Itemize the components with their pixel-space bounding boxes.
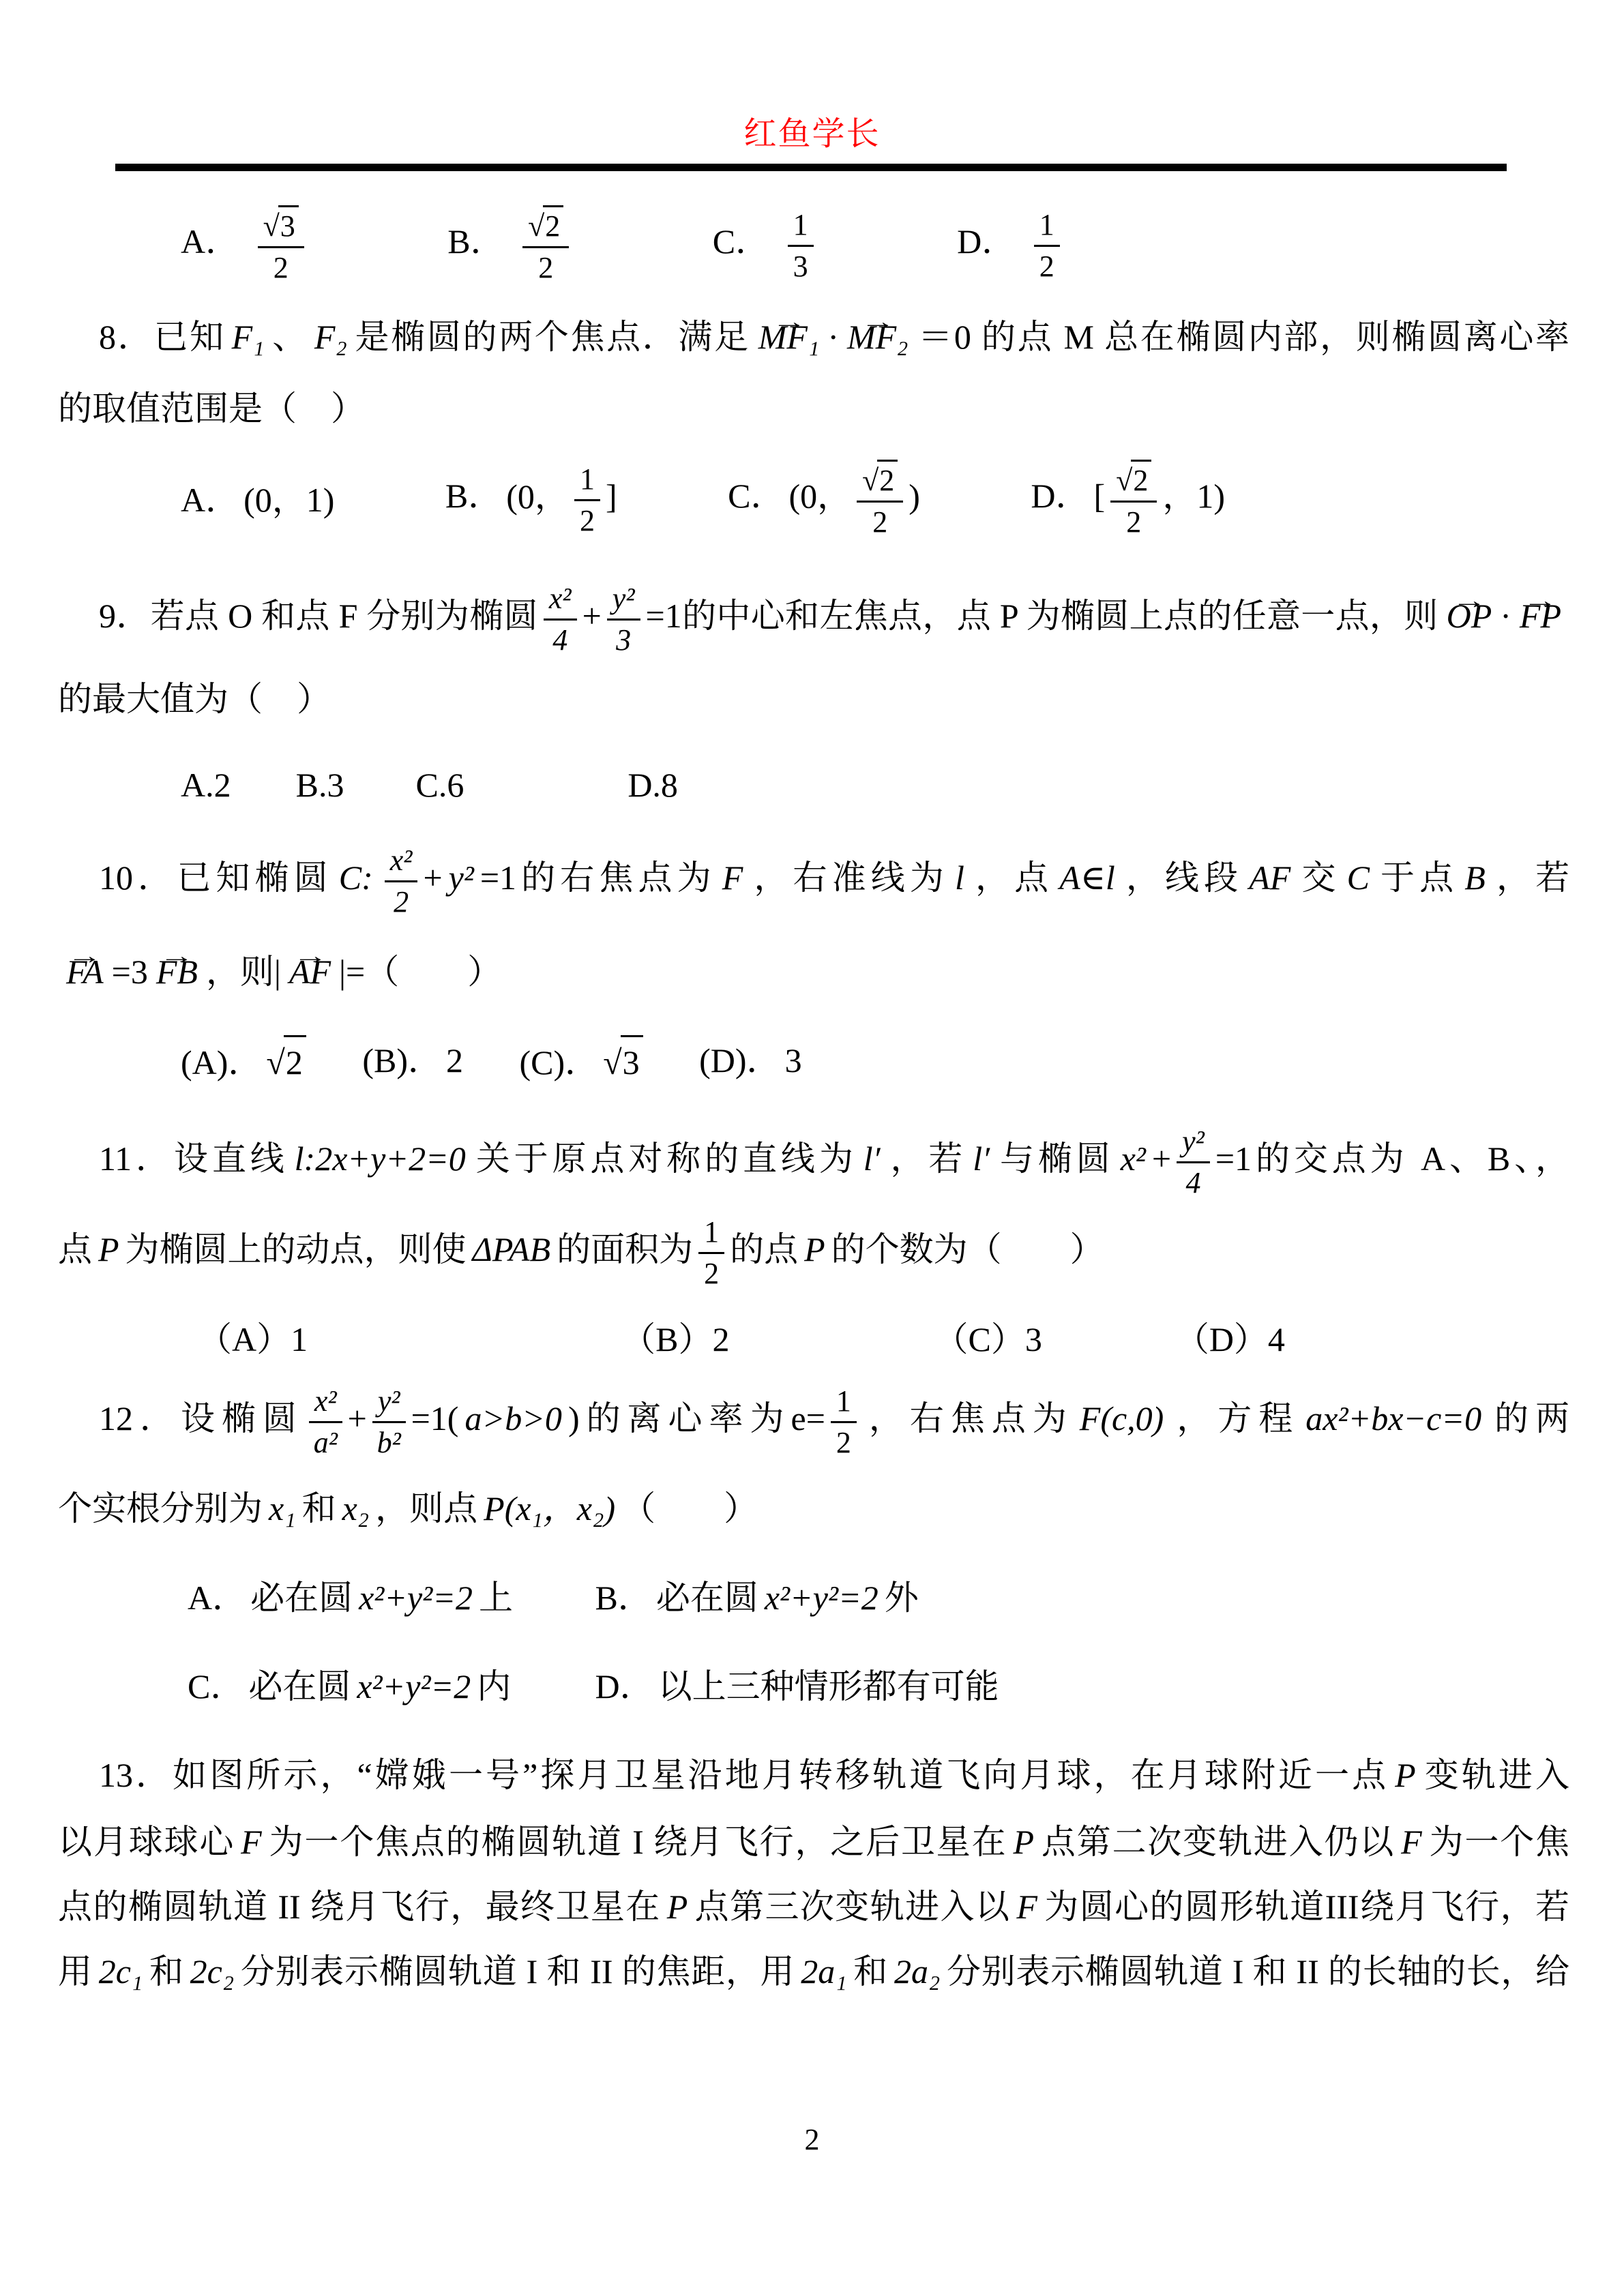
math-run: x²+y²=2 <box>357 1667 471 1705</box>
fraction-numerator: 1 <box>698 1214 724 1254</box>
option-d-label: D． <box>1031 477 1089 515</box>
math-run: x₂ <box>342 1489 370 1527</box>
vector-OP: OP <box>1447 592 1492 640</box>
text-run: 是椭圆的两个焦点．满足 <box>353 318 750 356</box>
text-run: 的点 <box>730 1230 798 1268</box>
math-run: P <box>1013 1823 1034 1861</box>
math-run: F₂ <box>314 318 347 356</box>
fraction-sqrt2-over-2: √22 <box>857 460 903 540</box>
math-run: x₁ <box>269 1489 296 1527</box>
text-run: 与椭圆 <box>996 1139 1114 1178</box>
question-12-line-1: 12．设椭圆x²a²+y²b²=1(a>b>0)的离心率为e=12，右焦点为F(… <box>58 1384 1569 1461</box>
text-run: 13．如图所示，“嫦娥一号”探月卫星沿地月转移轨道飞向月球，在月球附近一点 <box>99 1756 1389 1794</box>
text-run: 为一个焦点的椭圆轨道 I 绕月飞行，之后卫星在 <box>268 1823 1007 1861</box>
radicand: 2 <box>877 460 898 498</box>
fraction-x2-over-a2: x²a² <box>309 1384 342 1461</box>
option-c: （C）3 <box>934 1315 1042 1363</box>
fraction-denominator: b² <box>377 1423 401 1461</box>
text-run: 11．设直线 <box>99 1139 289 1178</box>
option-b-label: B． <box>445 477 502 515</box>
vector-AF: AF <box>289 948 331 996</box>
question-11: 11．设直线l:2x+y+2=0关于原点对称的直线为l′，若l′与椭圆x²+y²… <box>58 1124 1569 1364</box>
fraction-denominator: 3 <box>793 247 808 284</box>
text-run: 内 <box>477 1667 511 1705</box>
plus-operator: + <box>1152 1139 1171 1178</box>
text-run: ，点 <box>971 859 1053 897</box>
fraction-x2-over-2: x²2 <box>385 843 418 920</box>
vector-MF1: MF₁ <box>758 313 820 361</box>
text-run: 的面积为 <box>557 1230 693 1268</box>
text-run: 变轨进入 <box>1422 1756 1569 1794</box>
math-run: F <box>722 859 743 897</box>
header-rule <box>115 164 1507 171</box>
question-11-line-1: 11．设直线l:2x+y+2=0关于原点对称的直线为l′，若l′与椭圆x²+y²… <box>58 1124 1569 1201</box>
option-c-label: C． <box>728 477 784 515</box>
interval-close: ] <box>606 477 617 515</box>
text-run: 的离心率为 <box>580 1399 791 1437</box>
option-c: (C)．√3 <box>520 1035 643 1086</box>
option-b: B.3 <box>296 761 344 809</box>
text-run: 和 <box>149 1952 183 1991</box>
text-run: ，右焦点为 <box>862 1399 1074 1437</box>
close-paren: ) <box>568 1399 580 1437</box>
text-run: 12．设椭圆 <box>99 1399 304 1437</box>
vector-FB: FB <box>156 948 198 996</box>
text-run: ，若 <box>887 1139 967 1178</box>
question-12-options-row-1: A．必在圆x²+y²=2上 B．必在圆x²+y²=2外 <box>58 1570 1569 1622</box>
text-run: 为圆心的圆形轨道III绕月飞行，若 <box>1044 1888 1569 1926</box>
option-a: A．必在圆x²+y²=2上 <box>188 1574 587 1622</box>
radicand: 2 <box>543 205 563 244</box>
question-13: 13．如图所示，“嫦娥一号”探月卫星沿地月转移轨道飞向月球，在月球附近一点P变轨… <box>58 1751 1569 1995</box>
text-run: ＝0 的点 M 总在椭圆内部，则椭圆离心率 <box>917 318 1569 356</box>
text-run: |=（ ） <box>339 953 501 991</box>
option-b-label: B． <box>595 1579 652 1617</box>
question-9-line-1: 9．若点 O 和点 F 分别为椭圆x²4+y²3=1的中心和左焦点，点 P 为椭… <box>58 581 1569 658</box>
text-run: 以月球球心 <box>58 1823 235 1861</box>
text-run: 点第三次变轨进入以 <box>694 1888 1010 1926</box>
option-a-label: (A)． <box>181 1043 262 1082</box>
option-a: A． √3 2 <box>181 205 310 286</box>
fraction-denominator: 2 <box>580 501 595 539</box>
interval-close: ) <box>909 477 920 515</box>
text-run: 为一个焦 <box>1428 1823 1569 1861</box>
text-run: 点第二次变轨进入仍以 <box>1040 1823 1395 1861</box>
fraction-sqrt3-over-2: √3 2 <box>258 205 304 286</box>
fraction-numerator: y² <box>372 1384 406 1423</box>
question-12-options-row-2: C．必在圆x²+y²=2内 D．以上三种情形都有可能 <box>58 1659 1569 1711</box>
option-d: D．以上三种情形都有可能 <box>595 1663 999 1710</box>
math-run: B <box>1464 859 1486 897</box>
radical-sign: √ <box>263 209 280 244</box>
option-d: D．[√22，1) <box>1031 460 1225 540</box>
fraction-y2-over-3: y²3 <box>607 581 640 658</box>
interval-open: (0， <box>506 477 569 515</box>
option-b: B． √2 2 <box>447 205 574 286</box>
option-c: C． 1 3 <box>713 207 819 284</box>
fraction-1-over-2: 12 <box>831 1384 857 1461</box>
fraction-y2-over-b2: y²b² <box>372 1384 406 1461</box>
equals-open: =1( <box>411 1399 459 1437</box>
fraction-denominator: 2 <box>704 1254 719 1292</box>
text-run: 必在圆 <box>656 1579 758 1617</box>
text-run: 为椭圆上的动点，则使 <box>126 1230 467 1268</box>
math-run: A∈l <box>1059 859 1114 897</box>
option-a: A.2 <box>181 761 231 809</box>
option-a-value: (0，1) <box>243 481 334 519</box>
option-d-label: D． <box>595 1667 654 1705</box>
question-7-options-row: A． √3 2 B． √2 2 C． 1 3 <box>58 205 1569 286</box>
math-run: ax²+bx−c=0 <box>1305 1399 1481 1437</box>
math-run: P <box>667 1888 688 1926</box>
fraction-numerator: x² <box>544 581 577 621</box>
fraction-denominator: 2 <box>872 503 887 540</box>
text-run: 的右焦点为 <box>516 859 716 897</box>
math-run: x²+y²=2 <box>765 1579 879 1617</box>
dot-operator: · <box>827 318 839 356</box>
text-run: ，右准线为 <box>749 859 949 897</box>
option-c: C．(0，√22) <box>728 460 920 540</box>
radicand: 2 <box>284 1035 306 1086</box>
equals-three: =3 <box>112 953 148 991</box>
option-d-label: (D)． <box>699 1041 780 1079</box>
math-run: l′ <box>863 1139 881 1178</box>
option-d-value: 3 <box>785 1041 802 1079</box>
math-run: AF <box>1249 859 1290 897</box>
page-title: 红鱼学长 <box>743 116 880 152</box>
vector-MF2: MF₂ <box>847 313 909 361</box>
math-run: 2a₂ <box>894 1952 940 1991</box>
option-c: C．必在圆x²+y²=2内 <box>188 1663 587 1710</box>
text-run: 点的椭圆轨道 II 绕月飞行，最终卫星在 <box>58 1888 661 1926</box>
math-run: a>b>0 <box>464 1399 561 1437</box>
fraction-numerator: y² <box>607 581 640 621</box>
text-run: ，则点 <box>375 1489 477 1527</box>
text-run: 的两 <box>1488 1399 1569 1437</box>
fraction-numerator: x² <box>385 843 418 882</box>
option-a: （A）1 <box>198 1315 308 1363</box>
question-8-line-2: 的取值范围是（ ） <box>58 385 1569 432</box>
math-run: P <box>1395 1756 1416 1794</box>
fraction-1-over-2: 12 <box>574 462 600 539</box>
radical-sign: √ <box>862 463 879 498</box>
vector-FA: FA <box>66 948 104 996</box>
math-run: C: <box>339 859 373 897</box>
plus-operator: + <box>348 1399 367 1437</box>
fraction-denominator: 2 <box>274 248 289 286</box>
fraction-sqrt2-over-2: √22 <box>1110 460 1157 540</box>
fraction-denominator: 3 <box>616 621 631 658</box>
text-run: 个实根分别为 <box>58 1489 263 1527</box>
text-run: 点 <box>58 1230 92 1268</box>
text-run: 必在圆 <box>248 1667 351 1705</box>
math-run: x²+y²=2 <box>359 1579 473 1617</box>
page-number: 2 <box>805 2123 820 2156</box>
option-d: D.8 <box>628 761 678 809</box>
math-run: 2a₁ <box>801 1952 846 1991</box>
question-10: 10．已知椭圆C:x²2+y²=1的右焦点为F，右准线为l，点A∈l，线段AF交… <box>58 843 1569 1086</box>
fraction-denominator: 2 <box>538 248 553 286</box>
option-b-label: B． <box>447 222 504 260</box>
math-run: P <box>804 1230 825 1268</box>
question-10-line-1: 10．已知椭圆C:x²2+y²=1的右焦点为F，右准线为l，点A∈l，线段AF交… <box>58 843 1569 920</box>
question-12: 12．设椭圆x²a²+y²b²=1(a>b>0)的离心率为e=12，右焦点为F(… <box>58 1384 1569 1710</box>
fraction-denominator: 4 <box>552 621 567 658</box>
option-b: B．必在圆x²+y²=2外 <box>595 1574 919 1622</box>
equals-one: =1 <box>480 859 516 897</box>
question-9-options-row: A.2B.3C.6D.8 <box>58 757 1569 809</box>
fraction-numerator: 1 <box>831 1384 857 1423</box>
fraction-1-over-2: 1 2 <box>1034 207 1060 284</box>
radical-sign: √ <box>266 1039 284 1086</box>
math-run: ΔPAB <box>473 1230 551 1268</box>
fraction-denominator: 4 <box>1185 1163 1200 1201</box>
math-run: y² <box>449 859 474 897</box>
text-run: 分别表示椭圆轨道 I 和 II 的焦距，用 <box>240 1952 795 1991</box>
text-run: 和 <box>302 1489 336 1527</box>
text-run: 交 <box>1297 859 1340 897</box>
text-run: 用 <box>58 1952 93 1991</box>
fraction-sqrt2-over-2: √2 2 <box>522 205 569 286</box>
math-run: F₁ <box>232 318 265 356</box>
page-content: A． √3 2 B． √2 2 C． 1 3 <box>0 205 1624 1995</box>
equals-one: =1 <box>1215 1139 1252 1178</box>
worksheet-page: 红鱼学长 A． √3 2 B． √2 2 C． 1 <box>0 0 1624 2296</box>
radical-sign: √ <box>1116 463 1132 498</box>
fraction-denominator: a² <box>314 1423 338 1461</box>
question-9: 9．若点 O 和点 F 分别为椭圆x²4+y²3=1的中心和左焦点，点 P 为椭… <box>58 581 1569 809</box>
option-a: (A)．√2 <box>181 1035 306 1086</box>
text-run: 的交点为 A、B、， <box>1252 1139 1569 1178</box>
option-b: B．(0，12] <box>445 462 617 539</box>
option-b-value: 2 <box>446 1041 463 1079</box>
option-d: (D)．3 <box>699 1037 801 1084</box>
question-12-line-2: 个实根分别为x₁和x₂，则点P(x₁，x₂)（ ） <box>58 1485 1569 1532</box>
text-run: 关于原点对称的直线为 <box>472 1139 857 1178</box>
interval-open: [ <box>1094 477 1106 515</box>
math-run: C <box>1347 859 1370 897</box>
math-run: F <box>1401 1823 1422 1861</box>
sqrt-2: √2 <box>266 1035 306 1086</box>
fraction-denominator: 2 <box>1126 503 1141 540</box>
text-run: ，则| <box>206 953 281 991</box>
question-8-options-row: A．(0，1) B．(0，12] C．(0，√22) D．[√22，1) <box>58 460 1569 540</box>
math-run: 2c₂ <box>190 1952 235 1991</box>
option-c: C.6 <box>415 761 464 809</box>
text-run: 10．已知椭圆 <box>99 859 333 897</box>
question-8-line-1: 8．已知F₁、F₂是椭圆的两个焦点．满足MF₁·MF₂＝0 的点 M 总在椭圆内… <box>58 313 1569 361</box>
option-c-label: (C)． <box>520 1043 600 1082</box>
question-13-line-3: 点的椭圆轨道 II 绕月飞行，最终卫星在P点第三次变轨进入以F为圆心的圆形轨道I… <box>58 1883 1569 1930</box>
fraction-numerator: x² <box>309 1384 342 1423</box>
math-run: l <box>955 859 964 897</box>
math-run: 2c₁ <box>99 1952 143 1991</box>
math-run: P(x₁，x₂) <box>484 1489 615 1527</box>
option-b-label: (B)． <box>362 1041 442 1079</box>
option-c-label: C． <box>713 222 769 260</box>
text-run: 和 <box>853 1952 888 1991</box>
question-10-line-2: FA=3FB，则|AF|=（ ） <box>58 937 1569 996</box>
question-13-line-2: 以月球球心F为一个焦点的椭圆轨道 I 绕月飞行，之后卫星在P点第二次变轨进入仍以… <box>58 1818 1569 1866</box>
radical-sign: √ <box>528 209 544 244</box>
math-run: e= <box>791 1399 825 1437</box>
math-run: x² <box>1121 1139 1146 1178</box>
vector-FP: FP <box>1520 592 1561 640</box>
radical-sign: √ <box>603 1039 621 1086</box>
math-run: F <box>241 1823 262 1861</box>
fraction-y2-over-4: y²4 <box>1177 1124 1210 1201</box>
math-run: F(c,0) <box>1080 1399 1164 1437</box>
option-c-label: C． <box>188 1667 244 1705</box>
option-a-label: A． <box>188 1579 246 1617</box>
radicand: 3 <box>621 1035 643 1086</box>
text-run: 的中心和左焦点，点 P 为椭圆上点的任意一点，则 <box>682 597 1438 635</box>
option-b: (B)．2 <box>362 1037 463 1084</box>
math-run: P <box>98 1230 119 1268</box>
option-d-label: D． <box>957 222 1016 260</box>
fraction-numerator: y² <box>1177 1124 1210 1163</box>
math-run: l:2x+y+2=0 <box>295 1139 466 1178</box>
text-run: 于点 <box>1376 859 1458 897</box>
option-a-label: A． <box>181 481 239 519</box>
fraction-denominator: 2 <box>1039 247 1054 284</box>
question-10-options-row: (A)．√2 (B)．2 (C)．√3 (D)．3 <box>58 1033 1569 1086</box>
question-11-options-row: （A）1（B）2（C）3（D）4 <box>58 1312 1569 1364</box>
page-footer: 2 <box>0 2122 1624 2157</box>
text-run: 、 <box>271 318 308 356</box>
text-run: 的个数为（ ） <box>831 1230 1104 1268</box>
text-run: ，方程 <box>1170 1399 1299 1437</box>
interval-open: (0， <box>788 477 851 515</box>
question-13-line-1: 13．如图所示，“嫦娥一号”探月卫星沿地月转移轨道飞向月球，在月球附近一点P变轨… <box>58 1751 1569 1799</box>
plus-operator: + <box>423 859 442 897</box>
question-11-line-2: 点P为椭圆上的动点，则使ΔPAB的面积为12的点P的个数为（ ） <box>58 1214 1569 1292</box>
text-run: 9．若点 O 和点 F 分别为椭圆 <box>99 597 538 635</box>
fraction-numerator: 1 <box>574 462 600 501</box>
fraction-numerator: 1 <box>1034 207 1060 247</box>
text-run: 外 <box>885 1579 919 1617</box>
dot-operator: · <box>1500 597 1511 635</box>
option-a: A．(0，1) <box>181 476 334 524</box>
fraction-x2-over-4: x²4 <box>544 581 577 658</box>
math-run: l′ <box>973 1139 990 1178</box>
option-a-label: A． <box>181 222 239 260</box>
equals-one: =1 <box>646 597 682 635</box>
fraction-1-over-3: 1 3 <box>788 207 814 284</box>
option-d: （D）4 <box>1175 1315 1285 1363</box>
math-run: F <box>1016 1888 1037 1926</box>
text-run: 8．已知 <box>99 318 226 356</box>
question-8: 8．已知F₁、F₂是椭圆的两个焦点．满足MF₁·MF₂＝0 的点 M 总在椭圆内… <box>58 313 1569 540</box>
fraction-denominator: 2 <box>836 1423 851 1461</box>
fraction-numerator: 1 <box>788 207 814 247</box>
question-13-line-4: 用2c₁和2c₂分别表示椭圆轨道 I 和 II 的焦距，用2a₁和2a₂分别表示… <box>58 1948 1569 1995</box>
text-run: 必在圆 <box>250 1579 353 1617</box>
sqrt-3: √3 <box>603 1035 643 1086</box>
text-run: （ ） <box>621 1489 758 1527</box>
option-d-value: 以上三种情形都有可能 <box>658 1667 999 1705</box>
radicand: 3 <box>278 205 299 244</box>
fraction-denominator: 2 <box>394 882 409 920</box>
page-header: 红鱼学长 <box>0 0 1624 154</box>
text-run: 上 <box>479 1579 513 1617</box>
plus-operator: + <box>582 597 602 635</box>
text-run: ，线段 <box>1121 859 1243 897</box>
option-d: D． 1 2 <box>957 207 1065 284</box>
option-b: （B）2 <box>621 1315 729 1363</box>
interval-close: ，1) <box>1162 477 1225 515</box>
text-run: ，若 <box>1492 859 1569 897</box>
fraction-1-over-2: 12 <box>698 1214 724 1292</box>
question-9-line-2: 的最大值为（ ） <box>58 675 1569 723</box>
radicand: 2 <box>1131 460 1151 498</box>
text-run: 分别表示椭圆轨道 I 和 II 的长轴的长，给 <box>946 1952 1569 1991</box>
